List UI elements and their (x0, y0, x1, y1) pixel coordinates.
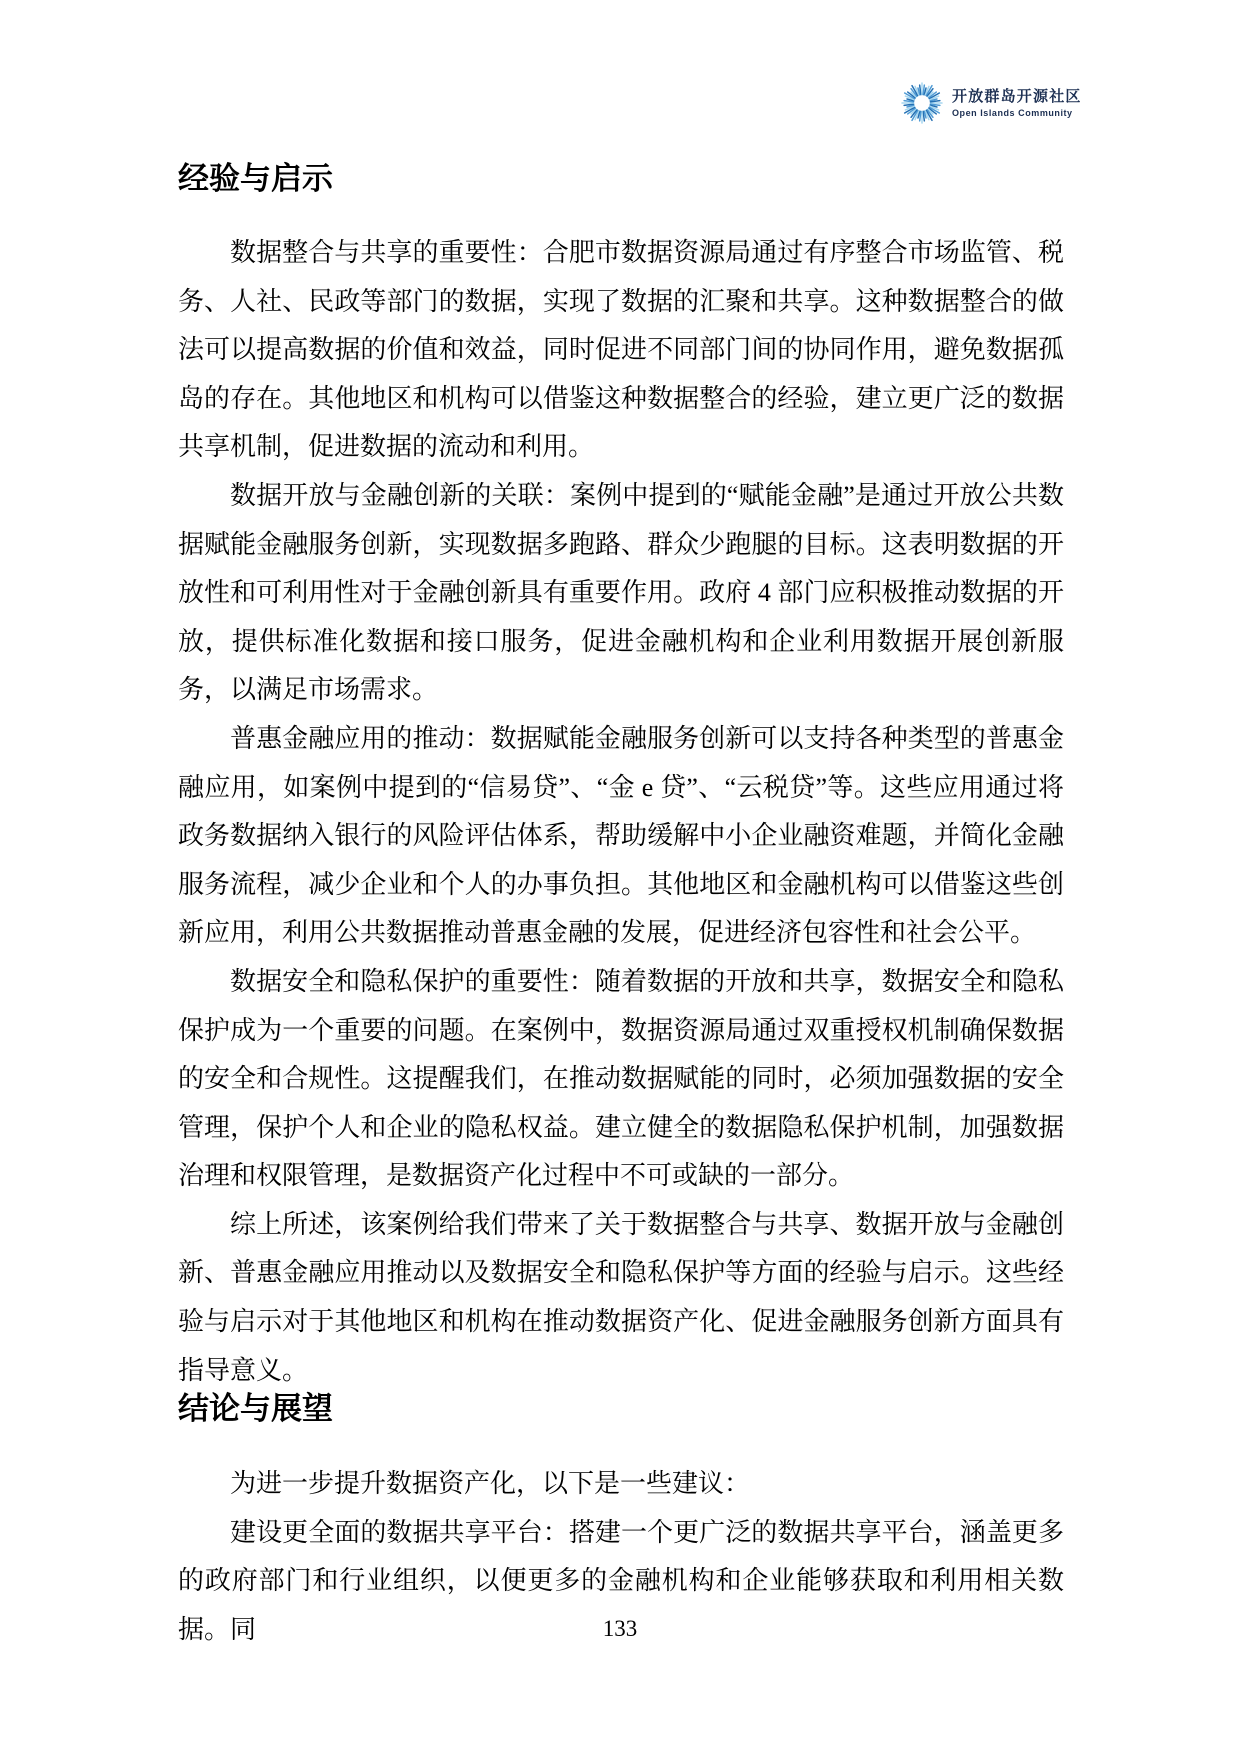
section-body-experience: 数据整合与共享的重要性：合肥市数据资源局通过有序整合市场监管、税务、人社、民政等… (178, 229, 1064, 1395)
paragraph: 数据安全和隐私保护的重要性：随着数据的开放和共享，数据安全和隐私保护成为一个重要… (178, 958, 1064, 1201)
section-heading-experience: 经验与启示 (178, 162, 333, 196)
document-page: 开放群岛开源社区 Open Islands Community 经验与启示 数据… (0, 0, 1240, 1753)
paragraph: 普惠金融应用的推动：数据赋能金融服务创新可以支持各种类型的普惠金融应用，如案例中… (178, 715, 1064, 958)
sunburst-logo-icon (901, 82, 943, 124)
paragraph: 综上所述，该案例给我们带来了关于数据整合与共享、数据开放与金融创新、普惠金融应用… (178, 1201, 1064, 1395)
paragraph: 为进一步提升数据资产化，以下是一些建议： (178, 1460, 1064, 1509)
paragraph: 数据整合与共享的重要性：合肥市数据资源局通过有序整合市场监管、税务、人社、民政等… (178, 229, 1064, 472)
logo-text: 开放群岛开源社区 Open Islands Community (952, 88, 1082, 119)
header-logo: 开放群岛开源社区 Open Islands Community (901, 82, 1082, 124)
logo-title-zh: 开放群岛开源社区 (952, 88, 1082, 106)
paragraph: 数据开放与金融创新的关联：案例中提到的“赋能金融”是通过开放公共数据赋能金融服务… (178, 472, 1064, 715)
logo-title-en: Open Islands Community (952, 108, 1082, 119)
section-heading-conclusion: 结论与展望 (178, 1392, 333, 1426)
page-number: 133 (0, 1616, 1240, 1642)
